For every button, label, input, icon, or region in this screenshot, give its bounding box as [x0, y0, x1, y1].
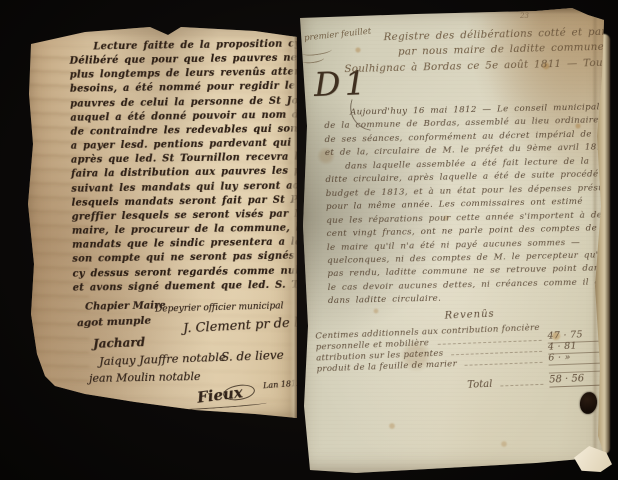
revenus-table: Centimes additionnels aux contribution f… — [315, 319, 604, 374]
right-page: premier feuillet 23 D1 Registre des déli… — [296, 6, 612, 473]
top-edge-shadow — [296, 6, 612, 14]
signature-jachard: Jachard — [93, 335, 145, 351]
signature-agot: agot munple — [77, 315, 151, 330]
revenus-total-amount: 58 · 56 — [549, 370, 606, 387]
revenus-section: Revenûs Centimes additionnels aux contri… — [315, 305, 606, 397]
register-header: Registre des délibérations cotté et para… — [335, 25, 610, 78]
signature-moulin-notable: jean Moulin notable — [89, 370, 201, 385]
page-edge-highlight — [290, 24, 297, 420]
revenus-row-amount: 6 · » — [548, 350, 604, 365]
revenus-total-row: Total 58 · 56 — [317, 370, 605, 396]
corner-flourish — [302, 55, 325, 65]
revenus-heading: Revenûs — [444, 305, 602, 322]
scanned-document: Lecture faitte de la proposition cy dess… — [0, 0, 618, 480]
revenus-total-label: Total — [467, 379, 492, 391]
signature-delieve: S. de lieve — [221, 348, 284, 364]
signature-mayor: Chapier Maire — [85, 300, 166, 312]
left-page: Lecture faitte de la proposition cy dess… — [25, 24, 297, 420]
dotted-leader — [465, 362, 542, 366]
folio-number: 23 — [520, 12, 529, 20]
deliberation-text-block: Aujourd'huy 16 mai 1812 — Le conseil mun… — [324, 101, 612, 309]
left-page-text-block: Lecture faitte de la proposition cy dess… — [69, 37, 297, 295]
dotted-leader — [500, 384, 543, 387]
